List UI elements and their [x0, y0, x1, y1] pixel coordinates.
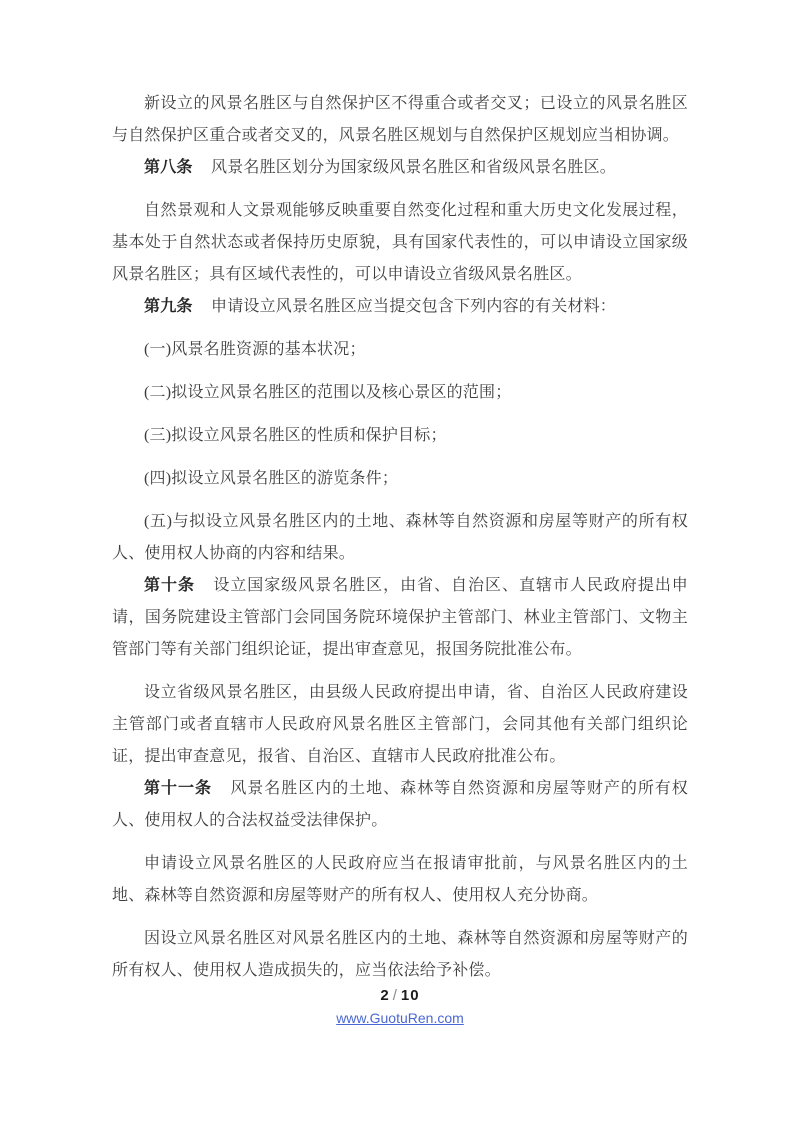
- article-number: 第九条: [144, 298, 193, 315]
- paragraph-text: (五)与拟设立风景名胜区内的土地、森林等自然资源和房屋等财产的所有权人、使用权人…: [112, 513, 688, 562]
- article-number: 第十一条: [144, 780, 212, 797]
- paragraph: 新设立的风景名胜区与自然保护区不得重合或者交叉；已设立的风景名胜区与自然保护区重…: [112, 88, 688, 152]
- page-separator: /: [390, 987, 401, 1004]
- list-item-5: (五)与拟设立风景名胜区内的土地、森林等自然资源和房屋等财产的所有权人、使用权人…: [112, 506, 688, 570]
- list-item-1: (一)风景名胜资源的基本状况；: [112, 334, 688, 366]
- paragraph-text: (一)风景名胜资源的基本状况；: [144, 341, 366, 358]
- document-body: 新设立的风景名胜区与自然保护区不得重合或者交叉；已设立的风景名胜区与自然保护区重…: [0, 0, 800, 987]
- article-number: 第十条: [144, 577, 195, 594]
- paragraph-text: 自然景观和人文景观能够反映重要自然变化过程和重大历史文化发展过程，基本处于自然状…: [112, 202, 688, 283]
- page-total: 10: [401, 987, 420, 1004]
- paragraph-text: (二)拟设立风景名胜区的范围以及核心景区的范围；: [144, 384, 511, 401]
- page-indicator: 2/10: [0, 987, 800, 1005]
- document-page: 新设立的风景名胜区与自然保护区不得重合或者交叉；已设立的风景名胜区与自然保护区重…: [0, 0, 800, 1132]
- paragraph-article-9: 第九条申请设立风景名胜区应当提交包含下列内容的有关材料：: [112, 291, 688, 323]
- footer-site-link[interactable]: www.GuotuRen.com: [336, 1010, 464, 1027]
- list-item-2: (二)拟设立风景名胜区的范围以及核心景区的范围；: [112, 377, 688, 409]
- page-current: 2: [380, 987, 389, 1004]
- paragraph-article-11: 第十一条风景名胜区内的土地、森林等自然资源和房屋等财产的所有权人、使用权人的合法…: [112, 773, 688, 837]
- paragraph-text: 因设立风景名胜区对风景名胜区内的土地、森林等自然资源和房屋等财产的所有权人、使用…: [112, 930, 688, 979]
- page-footer: 2/10 www.GuotuRen.com: [0, 987, 800, 1028]
- paragraph-text: 申请设立风景名胜区应当提交包含下列内容的有关材料：: [211, 298, 616, 315]
- article-number: 第八条: [144, 159, 193, 176]
- paragraph-text: 设立国家级风景名胜区，由省、自治区、直辖市人民政府提出申请，国务院建设主管部门会…: [112, 577, 688, 658]
- paragraph-text: 风景名胜区划分为国家级风景名胜区和省级风景名胜区。: [211, 159, 616, 176]
- paragraph-text: 设立省级风景名胜区，由县级人民政府提出申请，省、自治区人民政府建设主管部门或者直…: [112, 684, 688, 765]
- paragraph-article-10: 第十条设立国家级风景名胜区，由省、自治区、直辖市人民政府提出申请，国务院建设主管…: [112, 570, 688, 666]
- paragraph: 自然景观和人文景观能够反映重要自然变化过程和重大历史文化发展过程，基本处于自然状…: [112, 195, 688, 291]
- paragraph-text: (三)拟设立风景名胜区的性质和保护目标；: [144, 427, 447, 444]
- paragraph: 因设立风景名胜区对风景名胜区内的土地、森林等自然资源和房屋等财产的所有权人、使用…: [112, 923, 688, 987]
- paragraph-text: (四)拟设立风景名胜区的游览条件；: [144, 470, 398, 487]
- paragraph: 设立省级风景名胜区，由县级人民政府提出申请，省、自治区人民政府建设主管部门或者直…: [112, 677, 688, 773]
- list-item-3: (三)拟设立风景名胜区的性质和保护目标；: [112, 420, 688, 452]
- list-item-4: (四)拟设立风景名胜区的游览条件；: [112, 463, 688, 495]
- paragraph-article-8: 第八条风景名胜区划分为国家级风景名胜区和省级风景名胜区。: [112, 152, 688, 184]
- paragraph-text: 申请设立风景名胜区的人民政府应当在报请审批前，与风景名胜区内的土地、森林等自然资…: [112, 855, 688, 904]
- paragraph-text: 新设立的风景名胜区与自然保护区不得重合或者交叉；已设立的风景名胜区与自然保护区重…: [112, 95, 688, 144]
- paragraph: 申请设立风景名胜区的人民政府应当在报请审批前，与风景名胜区内的土地、森林等自然资…: [112, 848, 688, 912]
